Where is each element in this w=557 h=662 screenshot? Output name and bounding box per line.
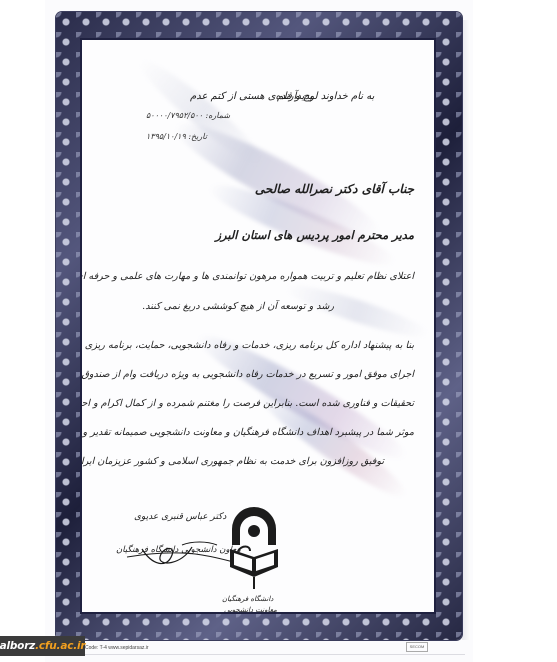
reference-number-value: ۵۰۰۰۰/۷۹۵۲/۵۰۰ [146, 111, 203, 120]
farhangian-university-logo-icon [224, 505, 284, 595]
page-bottom-edge [45, 654, 465, 655]
body-line: رشد و توسعه آن از هیچ کوششی دریغ نمی کنن… [142, 302, 334, 312]
reference-number: شماره: ۵۰۰۰۰/۷۹۵۲/۵۰۰ [146, 112, 230, 120]
signer-name: دکتر عباس قنبری عدیوی [134, 513, 226, 522]
watermark-prefix: alborz [0, 640, 35, 652]
logo-caption-university: دانشگاه فرهنگیان [222, 596, 273, 603]
addressee-title: مدیر محترم امور پردیس های استان البرز [215, 230, 414, 242]
letter-date: تاریخ: ۱۳۹۵/۱۰/۱۹ [146, 133, 207, 141]
body-line: بنا به پیشنهاد اداره کل برنامه ریزی، خدم… [94, 341, 414, 351]
date-label: تاریخ: [188, 132, 207, 141]
print-code: Code: T-4 www.sepidarsaz.ir [85, 645, 149, 651]
body-line: اعتلای نظام تعلیم و تربیت همواره مرهون ت… [94, 272, 414, 282]
body-line: تحقیقات و فناوری شده است. بنابراین فرصت … [94, 399, 414, 409]
logo-caption-department: معاونت دانشجویی [224, 607, 277, 612]
site-watermark-badge: alborz.cfu.ac.ir [0, 636, 85, 656]
date-value: ۱۳۹۵/۱۰/۱۹ [146, 132, 186, 141]
body-line: اجرای موفق امور و تسریع در خدمات رفاه دا… [94, 370, 414, 380]
page-edge-shadow [462, 20, 470, 640]
body-line: توفیق روزافزون برای خدمت به نظام جمهوری … [82, 457, 384, 467]
addressee-name: جناب آقای دکتر نصرالله صالحی [255, 183, 414, 195]
body-line: موثر شما در پیشبرد اهداف دانشگاه فرهنگیا… [94, 428, 414, 438]
watermark-suffix: .cfu.ac.ir [35, 640, 85, 652]
certificate-panel: به نام خداوند لوح و قلم پدیدآرنده‌ی هستی… [82, 40, 434, 612]
verse-heading: پدیدآرنده‌ی هستی از کتم عدم [190, 92, 312, 102]
reference-number-label: شماره: [206, 111, 231, 120]
print-stamp: SECOM [406, 642, 428, 652]
